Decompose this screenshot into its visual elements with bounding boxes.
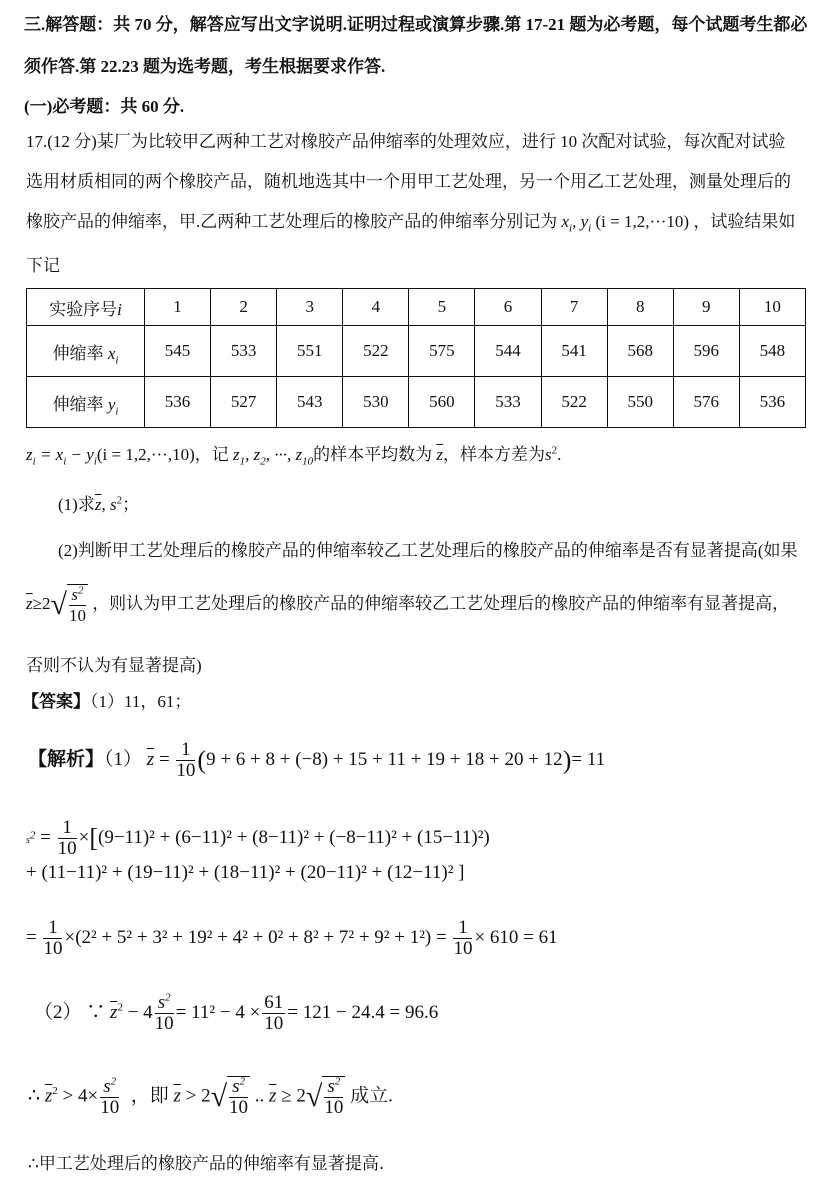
section-instructions-line2: 须作答.第 22.23 题为选考题，考生根据要求作答. — [24, 56, 385, 78]
table-cell: 545 — [145, 326, 211, 377]
problem-line-1: 17.(12 分)某厂为比较甲乙两种工艺对橡胶产品伸缩率的处理效应，进行 10 … — [26, 131, 785, 153]
analysis-variance-line3: = 110×(2² + 5² + 3² + 19² + 4² + 0² + 8²… — [26, 918, 558, 959]
table-cell: 548 — [739, 326, 805, 377]
table-cell: 544 — [475, 326, 541, 377]
row-header-index: 实验序号i — [27, 289, 145, 326]
table-cell: 527 — [211, 377, 277, 428]
analysis-part2-calc: （2） ∵ z2 − 4s210= 11² − 4 ×6110= 121 − 2… — [34, 993, 438, 1034]
analysis-variance-line2: + (11−11)² + (19−11)² + (18−11)² + (20−1… — [26, 862, 465, 884]
table-cell: 541 — [541, 326, 607, 377]
table-cell: 596 — [673, 326, 739, 377]
table-cell: 568 — [607, 326, 673, 377]
question-2-line2: z≥2√s210 ，则认为甲工艺处理后的橡胶产品的伸缩率较乙工艺处理后的橡胶产品… — [26, 584, 789, 626]
table-cell: 1 — [145, 289, 211, 326]
row-header-y: 伸缩率 yi — [27, 377, 145, 428]
table-cell: 533 — [211, 326, 277, 377]
table-row-y: 伸缩率 yi 536 527 543 530 560 533 522 550 5… — [27, 377, 806, 428]
analysis-variance-line1: s2 = 110×[(9−11)² + (6−11)² + (8−11)² + … — [26, 818, 490, 859]
problem-line-2: 选用材质相同的两个橡胶产品，随机地选其中一个用甲工艺处理，另一个用乙工艺处理，测… — [26, 171, 791, 193]
table-row-index: 实验序号i 1 2 3 4 5 6 7 8 9 10 — [27, 289, 806, 326]
table-cell: 2 — [211, 289, 277, 326]
table-cell: 8 — [607, 289, 673, 326]
question-1: (1)求z, s2； — [58, 494, 139, 516]
answer-line: 【答案】（1）11，61； — [22, 691, 191, 713]
table-cell: 536 — [739, 377, 805, 428]
table-cell: 6 — [475, 289, 541, 326]
analysis-inequality: ∴ z2 > 4×s210 ，即 z > 2√s210 .. z ≥ 2√s21… — [28, 1076, 393, 1118]
table-cell: 576 — [673, 377, 739, 428]
section-instructions-line1: 三.解答题：共 70 分，解答应写出文字说明.证明过程或演算步骤.第 17-21… — [24, 14, 807, 36]
section-subheading: (一)必考题：共 60 分. — [24, 96, 184, 118]
problem-line-3-text: 橡胶产品的伸缩率，甲.乙两种工艺处理后的橡胶产品的伸缩率分别记为 — [26, 212, 557, 231]
table-cell: 543 — [277, 377, 343, 428]
experiment-table: 实验序号i 1 2 3 4 5 6 7 8 9 10 伸缩率 xi 545 53… — [26, 288, 806, 428]
analysis-mean: 【解析】（1） z = 110(9 + 6 + 8 + (−8) + 15 + … — [28, 740, 605, 781]
table-cell: 9 — [673, 289, 739, 326]
table-cell: 536 — [145, 377, 211, 428]
table-cell: 533 — [475, 377, 541, 428]
question-2-line1: (2)判断甲工艺处理后的橡胶产品的伸缩率较乙工艺处理后的橡胶产品的伸缩率是否有显… — [58, 540, 797, 562]
analysis-conclusion: ∴甲工艺处理后的橡胶产品的伸缩率有显著提高. — [28, 1153, 384, 1175]
row-header-x: 伸缩率 xi — [27, 326, 145, 377]
table-cell: 575 — [409, 326, 475, 377]
table-cell: 3 — [277, 289, 343, 326]
table-cell: 10 — [739, 289, 805, 326]
table-cell: 522 — [541, 377, 607, 428]
math-index-range: (i = 1,2,···10) — [595, 212, 689, 231]
table-cell: 560 — [409, 377, 475, 428]
table-row-x: 伸缩率 xi 545 533 551 522 575 544 541 568 5… — [27, 326, 806, 377]
table-cell: 551 — [277, 326, 343, 377]
table-cell: 4 — [343, 289, 409, 326]
definition-line: zi = xi − yi(i = 1,2,···,10)，记 z1, z2, ·… — [26, 444, 561, 466]
table-cell: 5 — [409, 289, 475, 326]
problem-line-4: 下记 — [26, 255, 60, 277]
table-cell: 550 — [607, 377, 673, 428]
problem-line-3-tail: ，试验结果如 — [693, 212, 795, 231]
problem-line-3: 橡胶产品的伸缩率，甲.乙两种工艺处理后的橡胶产品的伸缩率分别记为 xi, yi … — [26, 211, 795, 233]
table-cell: 522 — [343, 326, 409, 377]
table-cell: 7 — [541, 289, 607, 326]
math-xi-yi: xi, yi — [562, 212, 592, 231]
question-2-line3: 否则不认为有显著提高) — [26, 655, 202, 677]
table-cell: 530 — [343, 377, 409, 428]
